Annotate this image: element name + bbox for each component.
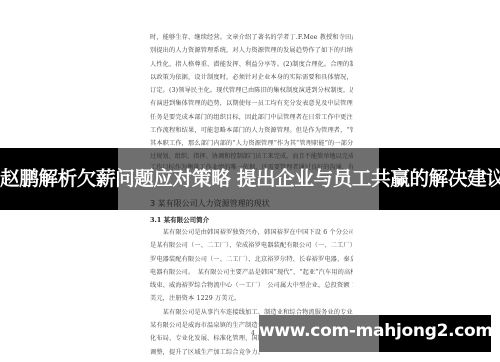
watermark-url: www.com-mahjong2.com [259, 321, 491, 341]
text-line: 过规划、组织、指挥、协调和控制部门员工来完成，而且不能简单地以完成了年度 [150, 151, 353, 162]
text-line: 有演进到集体管理的趋势，以期使每一员工均有充分发表意见及中层管理者的基本 [150, 97, 353, 110]
text-line: 订定。(3)领导民主化。现代管理已由陈旧的集权制度演进到分权制度，近年来更 [150, 84, 353, 97]
watermark-banner: www.com-mahjong2.com [259, 315, 491, 352]
page-number: 4 [251, 330, 255, 337]
text-line: 是某有限公司（一、二工厂）、荣成裕罗电器装配有限公司（一、二工厂）、荣成裕 [150, 239, 353, 252]
text-line: 电器有限公司。 某有限公司主要产品是韩国“现代”、“起亚”汽车用的高档电 [150, 266, 353, 279]
text-line: 线束、威海裕罗综合物流中心（一工厂） 公司属大中型企业，总投资额 1652 万 [150, 279, 353, 292]
text-line: 时，能够生存、继续经营。文章介绍了著名的学者丁.F.Mee 教授和寺田武文教授分 [150, 31, 353, 44]
text-line: 某有限公司是由韩国裕罗独资兴办，韩国裕罗在中国下设 6 个分公司，分别 [150, 226, 353, 239]
subsection-heading: 3.1 某有限公司简介 [150, 215, 209, 224]
headline-title: 赵鹏解析欠薪问题应对策略 提出企业与员工共赢的解决建议 [0, 162, 500, 191]
text-line: 别提出的人力资源管理系统，对人力资源管理的发展趋势作了如下的归纳：(1)管理 [150, 44, 353, 57]
text-line: 美元，注册资本 1229 万美元。 [150, 292, 353, 305]
text-line: 罗电器装配有限公司（一、二工厂）、北京裕罗尔特、长春裕罗电器、秦皇岛裕罗 [150, 253, 353, 266]
document-page: 时，能够生存、继续经营。文章介绍了著名的学者丁.F.Mee 教授和寺田武文教授分… [0, 0, 500, 362]
text-line: 人性化，指人格尊重、潜能发挥、利益分享等。(2)制度合理化。合理的制度必须 [150, 58, 353, 71]
text-line: 任务是要完成本部门的组织目标，因此部门中层管理者在日常工作中更注重具体的 [150, 111, 353, 124]
text-line: 以政策为依据，设计制度时，必须针对企业本身的实际需要和具体情况，详加分析 [150, 71, 353, 84]
section-heading: 3 某有限公司人力资源管理的现状 [150, 198, 270, 209]
headline-banner: 过规划、组织、指挥、协调和控制部门员工来完成，而且不能简单地以完成了年度 工作目… [0, 148, 500, 210]
text-line: 工作流程和结果，可能忽略本部门的人力资源管理。但是作为管理者，“管理”是 [150, 124, 353, 137]
